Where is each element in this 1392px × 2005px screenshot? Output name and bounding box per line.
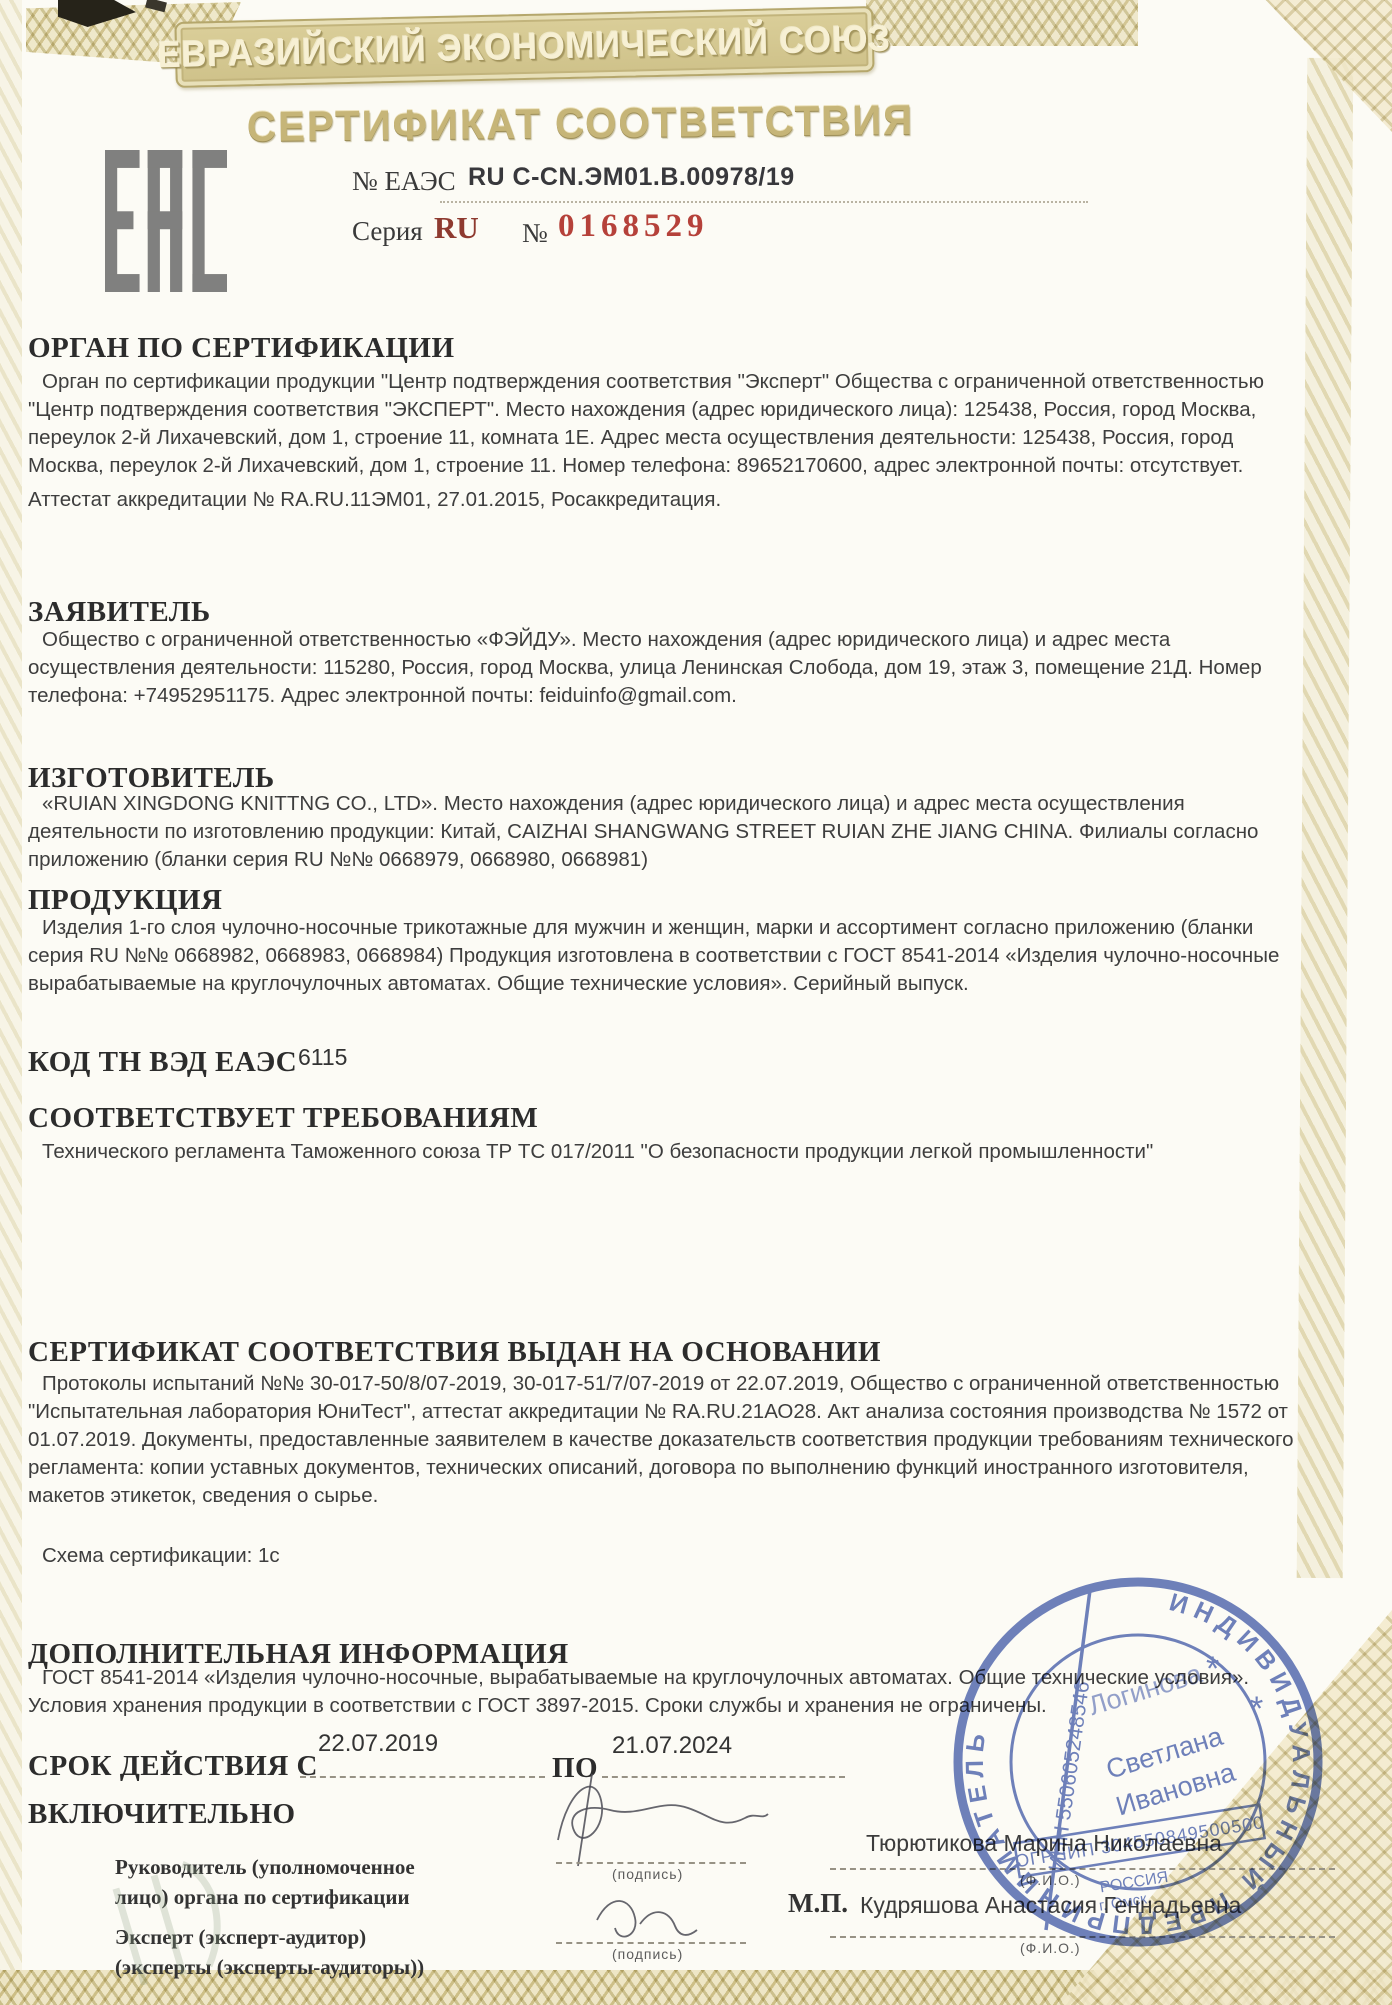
number-value: RU С-CN.ЭМ01.В.00978/19 [468,163,795,192]
validity-from-label: СРОК ДЕЙСТВИЯ С [28,1750,318,1783]
validity-inclusive-label: ВКЛЮЧИТЕЛЬНО [28,1798,296,1831]
eaeu-banner: ЕВРАЗИЙСКИЙ ЭКОНОМИЧЕСКИЙ СОЮЗ [174,6,874,88]
series-value: RU [434,210,479,246]
series-label: Серия [352,216,423,247]
section-tnved-heading: КОД ТН ВЭД ЕАЭС [28,1046,297,1079]
eaeu-banner-text: ЕВРАЗИЙСКИЙ ЭКОНОМИЧЕСКИЙ СОЮЗ [157,18,891,77]
section-manufacturer-body: «RUIAN XINGDONG KNITTNG CO., LTD». Место… [28,790,1298,874]
expert-signature-caption: (подпись) [612,1946,683,1962]
head-signature-line [556,1862,746,1864]
stamp-star-icon: * [1206,1650,1219,1688]
validity-date-from: 22.07.2019 [318,1730,438,1758]
stamp-star-icon: * [1250,1690,1263,1728]
validity-date-to: 21.07.2024 [612,1732,732,1760]
number-underline [440,201,1088,203]
tnved-code: 6115 [298,1044,347,1071]
section-product-body: Изделия 1-го слоя чулочно-носочные трико… [28,914,1298,998]
number-label: № ЕАЭС [352,166,456,197]
left-border-pattern [0,0,22,2005]
serial-number: 0168529 [558,208,709,245]
top-right-band-pattern [866,0,1138,46]
section-basis-heading: СЕРТИФИКАТ СООТВЕТСТВИЯ ВЫДАН НА ОСНОВАН… [28,1336,881,1369]
stamp: ИНДИВИДУАЛЬНЫЙ ПРЕДПРИНИМАТЕЛЬ Логинова … [928,1552,1348,1972]
section-basis-body: Протоколы испытаний №№ 30-017-50/8/07-20… [28,1370,1298,1510]
serial-no-sign: № [522,218,548,249]
head-signature [540,1768,775,1873]
stamp-name-line1: Логинова [1085,1658,1206,1721]
right-border-pattern [1297,58,1354,1578]
section-product-heading: ПРОДУКЦИЯ [28,884,222,917]
section-requirements-body: Технического регламента Таможенного союз… [28,1138,1208,1166]
section-requirements-heading: СООТВЕТСТВУЕТ ТРЕБОВАНИЯМ [28,1102,538,1135]
expert-signature-line [556,1942,746,1944]
section-applicant-heading: ЗАЯВИТЕЛЬ [28,596,211,629]
eac-logo-glyph [105,150,227,292]
faint-handwriting-artifact [95,1845,275,2005]
basis-scheme: Схема сертификации: 1с [28,1542,280,1570]
section-org-body: Орган по сертификации продукции "Центр п… [28,368,1298,480]
section-applicant-body: Общество с ограниченной ответственностью… [28,626,1298,710]
section-org-heading: ОРГАН ПО СЕРТИФИКАЦИИ [28,332,455,365]
eac-logo: ЕАС [105,150,227,297]
certificate-page: ЕВРАЗИЙСКИЙ ЭКОНОМИЧЕСКИЙ СОЮЗ СЕРТИФИКА… [0,0,1392,2005]
validity-from-line [300,1776,545,1778]
stamp-place-label: М.П. [788,1888,848,1919]
stamp-graphic: ИНДИВИДУАЛЬНЫЙ ПРЕДПРИНИМАТЕЛЬ Логинова … [928,1552,1348,1972]
page-title: СЕРТИФИКАТ СООТВЕТСТВИЯ [247,97,823,151]
expert-signature [585,1878,745,1950]
section-org-attestation: Аттестат аккредитации № RA.RU.11ЭМ01, 27… [28,486,1298,514]
